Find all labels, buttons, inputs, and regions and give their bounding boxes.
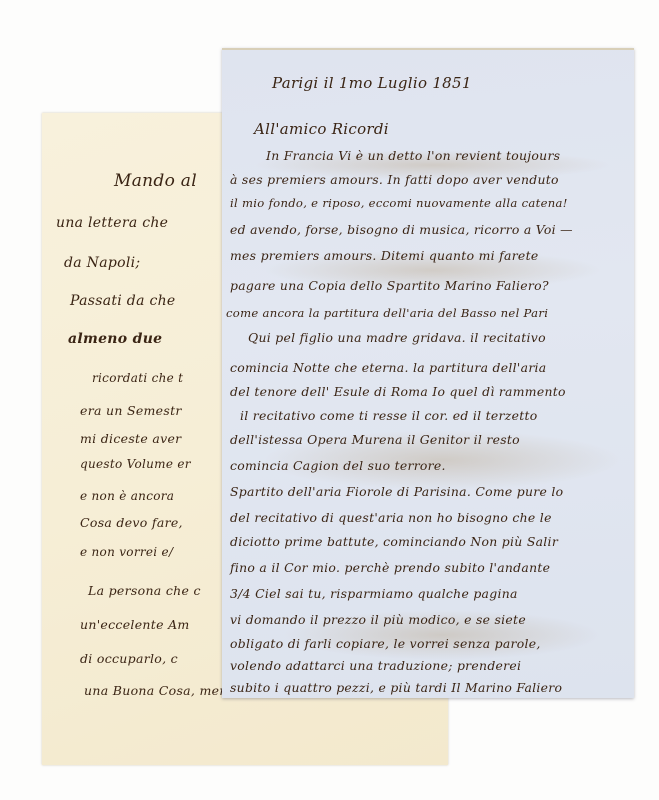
handwritten-line: La persona che c (88, 583, 201, 598)
handwritten-line: Qui pel figlio una madre gridava. il rec… (248, 330, 546, 345)
handwritten-line: pagare una Copia dello Spartito Marino F… (230, 278, 549, 293)
handwritten-line: comincia Notte che eterna. la partitura … (230, 360, 547, 375)
handwritten-line: 3/4 Ciel sai tu, risparmiamo qualche pag… (230, 586, 518, 601)
handwritten-line: il recitativo come ti resse il cor. ed i… (240, 408, 538, 423)
letter-date: Parigi il 1mo Luglio 1851 (272, 74, 472, 92)
handwritten-line: il mio fondo, e riposo, eccomi nuovament… (230, 196, 568, 210)
handwritten-line: da Napoli; (64, 255, 140, 271)
handwritten-line: come ancora la partitura dell'aria del B… (226, 306, 548, 320)
handwritten-line: à ses premiers amours. In fatti dopo ave… (230, 172, 559, 187)
handwritten-line: ed avendo, forse, bisogno di musica, ric… (230, 222, 573, 237)
handwritten-line: diciotto prime battute, cominciando Non … (230, 534, 558, 549)
handwritten-line: Mando al (114, 171, 197, 191)
handwritten-line: del recitativo di quest'aria non ho biso… (230, 510, 552, 525)
handwritten-line: volendo adattarci una traduzione; prende… (230, 658, 521, 673)
handwritten-line: Spartito dell'aria Fiorole di Parisina. … (230, 484, 563, 499)
handwritten-line: almeno due (68, 331, 162, 347)
handwritten-line: un'eccelente Am (80, 617, 190, 632)
letter-salutation: All'amico Ricordi (254, 120, 389, 138)
handwritten-line: di occuparlo, c (80, 651, 178, 666)
handwritten-line: subito i quattro pezzi, e più tardi Il M… (230, 680, 562, 695)
handwritten-line: e non è ancora (80, 489, 174, 503)
handwritten-line: una lettera che (56, 215, 168, 231)
handwritten-line: mi diceste aver (80, 431, 181, 446)
handwritten-line: Passati da che (70, 293, 176, 309)
handwritten-line: dell'istessa Opera Murena il Genitor il … (230, 432, 520, 447)
front-letter-page: Parigi il 1mo Luglio 1851 All'amico Rico… (222, 48, 634, 698)
handwritten-line: obligato di farli copiare, le vorrei sen… (230, 636, 541, 651)
handwritten-line: vi domando il prezzo il più modico, e se… (230, 612, 526, 627)
handwritten-line: ricordati che t (92, 371, 183, 385)
handwritten-line: Cosa devo fare, (80, 515, 183, 530)
handwritten-line: e non vorrei e/ (80, 545, 173, 559)
handwritten-line: fino a il Cor mio. perchè prendo subito … (230, 560, 550, 575)
handwritten-line: era un Semestr (80, 403, 182, 418)
handwritten-line: del tenore dell' Esule di Roma Io quel d… (230, 384, 566, 399)
handwritten-line: mes premiers amours. Ditemi quanto mi fa… (230, 248, 538, 263)
handwritten-line: comincia Cagion del suo terrore. (230, 458, 446, 473)
handwritten-line: In Francia Vi è un detto l'on revient to… (266, 148, 560, 163)
handwritten-line: questo Volume er (80, 457, 191, 471)
